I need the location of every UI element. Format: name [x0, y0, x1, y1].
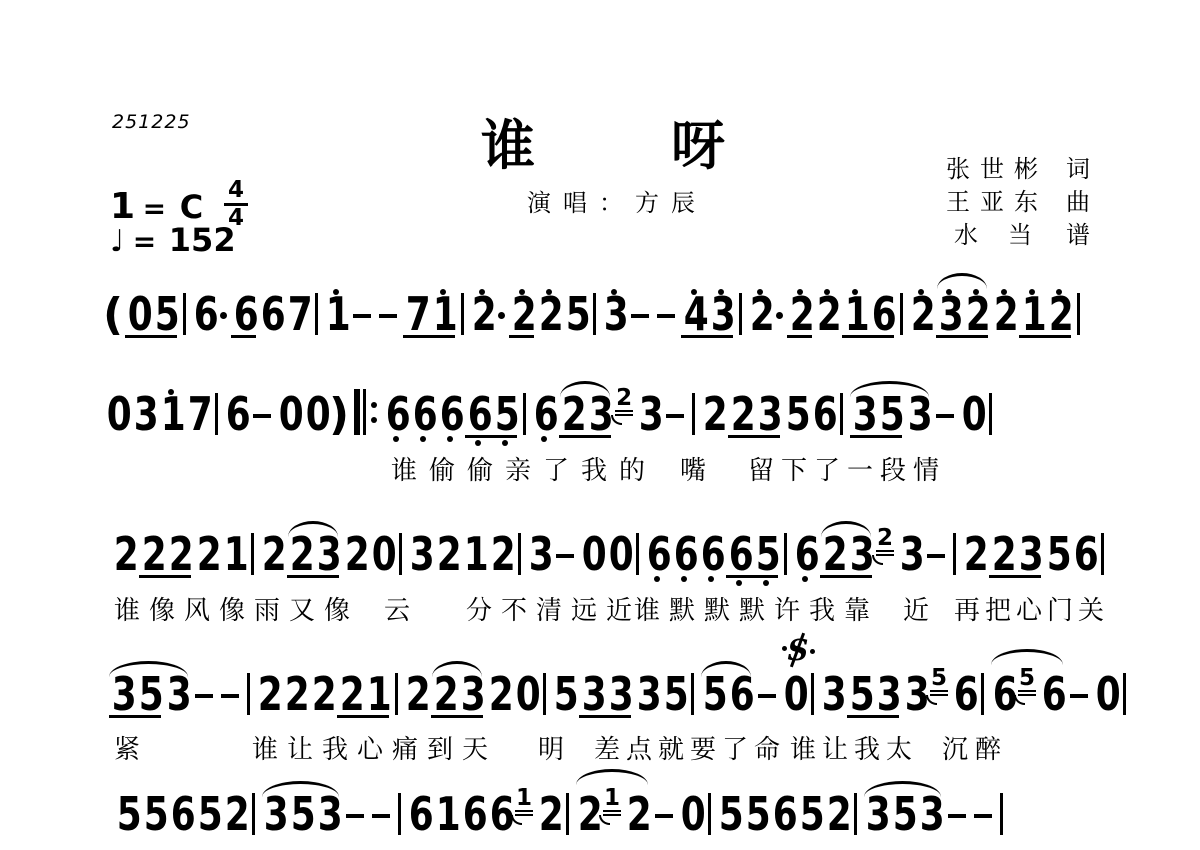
- note-digit: 3: [711, 296, 731, 332]
- barline: [461, 293, 464, 335]
- transcriber-role: 谱: [1066, 219, 1090, 252]
- credit-lyricist: 张世彬 词: [946, 153, 1090, 186]
- quarter-note-icon: ♩: [110, 224, 124, 259]
- lyrics-segment: 分不清远近: [466, 597, 641, 625]
- grace-note: 1: [515, 789, 533, 816]
- note-digit: 2: [578, 796, 598, 832]
- octave-dot-high: [1056, 289, 1062, 295]
- note: 2: [963, 296, 988, 332]
- note: 3: [407, 536, 432, 572]
- lyrics-segment: 谁偷偷亲了我的: [391, 457, 657, 485]
- slur: [432, 661, 482, 677]
- duration-dash: [657, 314, 675, 318]
- beam-group: 23: [727, 396, 781, 432]
- note-digit: 2: [262, 536, 282, 572]
- barline: [1000, 793, 1003, 835]
- grace-digit: 2: [615, 389, 633, 408]
- note-digit: 5: [144, 796, 164, 832]
- note-digit: 0: [681, 796, 701, 832]
- beam-underline: [465, 435, 517, 438]
- note-digit: 2: [290, 536, 310, 572]
- grace-note: 5: [930, 669, 948, 696]
- lyrics-segment: 谁让我太: [790, 736, 918, 764]
- note-digit: 2: [539, 796, 559, 832]
- note-digit: 5: [850, 676, 870, 712]
- duration-dash: [948, 814, 966, 818]
- note: 2: [434, 536, 459, 572]
- note-digit: 3: [758, 396, 778, 432]
- eighth-underline: [787, 335, 812, 338]
- note: 6: [168, 796, 193, 832]
- note: 3: [708, 296, 733, 332]
- note: 6: [1039, 676, 1064, 712]
- note: 3: [261, 796, 286, 832]
- beam-group: 33: [578, 676, 632, 712]
- beam-group: 12: [1018, 296, 1072, 332]
- note: 3: [636, 396, 661, 432]
- beam-underline: [936, 335, 988, 338]
- barline: [252, 793, 255, 835]
- note-digit: 6: [261, 296, 281, 332]
- note: 3: [905, 396, 930, 432]
- note: 2: [337, 676, 362, 712]
- duration-dash: [372, 814, 390, 818]
- lyrics-segment: 谁像风像雨又像: [114, 597, 359, 625]
- beam-group: 22: [138, 536, 192, 572]
- beam-group: 53: [846, 676, 900, 712]
- augmentation-dot: [220, 312, 227, 319]
- barline: [708, 793, 711, 835]
- note: 2: [431, 676, 456, 712]
- duration-dash: [346, 814, 364, 818]
- note-digit: 3: [939, 296, 959, 332]
- barline: [315, 293, 318, 335]
- music-line: 3532222122320533355603533566560: [106, 676, 1130, 712]
- note: 5: [141, 796, 166, 832]
- beam-group: 23: [819, 536, 873, 572]
- note-digit: 2: [434, 676, 454, 712]
- octave-dot-high: [757, 289, 763, 295]
- note: 1: [842, 296, 867, 332]
- note: 7: [185, 396, 210, 432]
- barline: [900, 293, 903, 335]
- note-digit: 2: [703, 396, 723, 432]
- beam-underline: [139, 575, 191, 578]
- lyrics-segment: 谁默默默许我靠: [634, 597, 879, 625]
- note: 2: [287, 536, 312, 572]
- beam-group: 65: [725, 536, 779, 572]
- note-digit: 2: [966, 296, 986, 332]
- note-digit: 6: [701, 536, 721, 572]
- note: 2: [166, 536, 191, 572]
- note-digit: 2: [994, 296, 1014, 332]
- note-digit: 3: [637, 676, 657, 712]
- lyricist-role: 词: [1066, 153, 1090, 186]
- note-digit: 3: [589, 396, 609, 432]
- lyrics-segment: 沉醉: [942, 736, 1008, 764]
- tempo-equals: =: [133, 225, 156, 258]
- note: 6: [951, 676, 976, 712]
- note: 5: [877, 396, 902, 432]
- octave-dot-high: [611, 289, 617, 295]
- note: 2: [403, 676, 428, 712]
- beam-underline: [125, 335, 177, 338]
- duration-dash: [253, 414, 271, 418]
- beam-underline: [431, 715, 483, 718]
- note-digit: 6: [773, 796, 793, 832]
- note: 2: [282, 676, 307, 712]
- beam-group: 16: [841, 296, 895, 332]
- music-line: 22221223203212300666656232322356: [110, 536, 1108, 572]
- note: 0: [513, 676, 538, 712]
- slur-group: 56: [699, 676, 753, 712]
- note-digit: 5: [664, 676, 684, 712]
- repeat-thin-bar: [363, 389, 366, 435]
- octave-dot-low: [447, 436, 453, 442]
- beam-group: 35: [108, 676, 162, 712]
- note: 2: [824, 796, 849, 832]
- beam-underline: [559, 435, 611, 438]
- note: 2: [961, 536, 986, 572]
- octave-dot-low: [502, 440, 508, 446]
- octave-dot-low: [393, 436, 399, 442]
- beam-underline: [681, 335, 733, 338]
- octave-dot-low: [420, 436, 426, 442]
- beam-group: 23: [430, 676, 484, 712]
- octave-dot-low: [541, 436, 547, 442]
- note: 5: [783, 396, 808, 432]
- note-digit: 5: [495, 396, 515, 432]
- note: 5: [743, 796, 768, 832]
- note-digit: 2: [823, 536, 843, 572]
- duration-dash: [927, 554, 945, 558]
- note-digit: 6: [234, 296, 254, 332]
- note: 3: [1016, 536, 1041, 572]
- note-digit: 3: [461, 676, 481, 712]
- tempo-bpm: 152: [169, 221, 236, 259]
- note-digit: 0: [609, 536, 629, 572]
- note: 1: [323, 296, 348, 332]
- note: 2: [509, 296, 534, 332]
- note-digit: 6: [795, 536, 815, 572]
- note-digit: 0: [784, 676, 804, 712]
- note-digit: 3: [920, 796, 940, 832]
- note-digit: 2: [491, 536, 511, 572]
- augmentation-dot: [498, 312, 505, 319]
- note-digit: 1: [224, 536, 244, 572]
- note-digit: 6: [1042, 676, 1062, 712]
- barline: [953, 533, 956, 575]
- note: 6: [990, 676, 1015, 712]
- barline: [251, 533, 254, 575]
- note: 5: [890, 796, 915, 832]
- slur-group: 353: [107, 676, 190, 712]
- barline: [739, 293, 742, 335]
- barline: [784, 533, 787, 575]
- segno-dot-right: [810, 649, 815, 654]
- duration-dash: [353, 314, 371, 318]
- barline: [566, 793, 569, 835]
- grace-digit: 5: [930, 669, 948, 688]
- performer-line: 演唱：方辰: [527, 190, 707, 216]
- note-digit: 5: [786, 396, 806, 432]
- composer-name: 王亚东: [946, 186, 1048, 219]
- beam-group: 65: [464, 396, 518, 432]
- note-digit: 5: [566, 296, 586, 332]
- note-digit: 5: [291, 796, 311, 832]
- note: 1: [364, 676, 389, 712]
- note-digit: 3: [908, 396, 928, 432]
- note-digit: 6: [171, 796, 191, 832]
- note: 0: [104, 396, 129, 432]
- note-digit: 5: [155, 296, 175, 332]
- song-title-char-2: 呀: [671, 118, 725, 174]
- eighth-underline: [231, 335, 256, 338]
- note-digit: 0: [1096, 676, 1116, 712]
- note: 5: [195, 796, 220, 832]
- beam-underline: [337, 715, 389, 718]
- duration-dash: [936, 414, 954, 418]
- note: 6: [460, 796, 485, 832]
- octave-dot-high: [973, 289, 979, 295]
- note: 5: [797, 796, 822, 832]
- note: 6: [223, 396, 248, 432]
- note: 0: [781, 676, 806, 712]
- note-digit: 2: [142, 536, 162, 572]
- note: 0: [369, 536, 394, 572]
- note: 0: [303, 396, 328, 432]
- note-digit: 5: [880, 396, 900, 432]
- slur: [262, 781, 339, 797]
- note: 3: [936, 296, 961, 332]
- octave-dot-high: [1001, 289, 1007, 295]
- note-digit: 5: [139, 676, 159, 712]
- note-digit: 3: [410, 536, 430, 572]
- note-digit: 5: [703, 676, 723, 712]
- note: 5: [700, 676, 725, 712]
- duration-dash: [195, 694, 213, 698]
- beam-group: 23: [558, 396, 612, 432]
- note: 6: [671, 536, 696, 572]
- note-digit: 1: [326, 296, 346, 332]
- note-digit: 2: [114, 536, 134, 572]
- note: 5: [288, 796, 313, 832]
- note: 7: [403, 296, 428, 332]
- barline: [399, 533, 402, 575]
- note-digit: 1: [436, 796, 456, 832]
- note-digit: 0: [306, 396, 326, 432]
- note-digit: 6: [534, 396, 554, 432]
- note-digit: 3: [639, 396, 659, 432]
- note: 2: [700, 396, 725, 432]
- note: 2: [469, 296, 494, 332]
- note-digit: 2: [437, 536, 457, 572]
- note-digit: 0: [516, 676, 536, 712]
- note-digit: 5: [554, 676, 574, 712]
- note-digit: 7: [288, 296, 308, 332]
- note-digit: 1: [161, 396, 181, 432]
- duration-dash: [631, 314, 649, 318]
- duration-dash: [1070, 694, 1088, 698]
- note: 2: [814, 296, 839, 332]
- octave-dot-low: [475, 440, 481, 446]
- note: 0: [1093, 676, 1118, 712]
- note-digit: 0: [128, 296, 148, 332]
- barline: [1123, 673, 1126, 715]
- note-digit: 2: [489, 676, 509, 712]
- slur: [576, 769, 648, 785]
- note: 6: [1071, 536, 1096, 572]
- note: 2: [259, 536, 284, 572]
- note: 5: [1044, 536, 1069, 572]
- grace-digit: 5: [1018, 669, 1036, 688]
- octave-dot-low: [763, 580, 769, 586]
- note: 3: [847, 536, 872, 572]
- note: 2: [309, 676, 334, 712]
- note: 5: [114, 796, 139, 832]
- beam-underline: [109, 715, 161, 718]
- note-digit: 7: [188, 396, 208, 432]
- slur-group: 656: [989, 676, 1065, 712]
- note: 3: [586, 396, 611, 432]
- barline: [398, 793, 401, 835]
- note: 5: [152, 296, 177, 332]
- note: 3: [458, 676, 483, 712]
- music-line: 0317600)6666562323223563530: [103, 396, 996, 432]
- lyrics-segment: 再把心门关: [954, 597, 1109, 625]
- note: 2: [222, 796, 247, 832]
- note-digit: 3: [905, 676, 925, 712]
- octave-dot-low: [681, 576, 687, 582]
- note: 2: [991, 296, 1016, 332]
- slur-group: 353: [260, 796, 341, 832]
- grace-digit: 1: [515, 789, 533, 808]
- barline: [543, 673, 546, 715]
- barline: [1101, 533, 1104, 575]
- note: 6: [726, 536, 751, 572]
- repeat-start-sign: [354, 389, 377, 435]
- note: 6: [258, 296, 283, 332]
- note: 2: [820, 536, 845, 572]
- barline: [523, 393, 526, 435]
- note: 6: [465, 396, 490, 432]
- slur: [991, 649, 1063, 665]
- octave-dot-high: [718, 289, 724, 295]
- note-digit: 1: [367, 676, 387, 712]
- lyrics-segment: 嘴: [680, 457, 706, 485]
- note: 2: [194, 536, 219, 572]
- note-digit: 2: [225, 796, 245, 832]
- beam-group: 21: [336, 676, 390, 712]
- slur: [937, 273, 987, 289]
- note: 1: [433, 796, 458, 832]
- note-digit: 6: [1074, 536, 1094, 572]
- beam-group: 23: [988, 536, 1042, 572]
- octave-dot-low: [736, 580, 742, 586]
- barline: [1077, 293, 1080, 335]
- note-digit: 3: [529, 536, 549, 572]
- note: 3: [755, 396, 780, 432]
- repeat-dots: [371, 402, 377, 423]
- beam-underline: [726, 575, 778, 578]
- note: 0: [678, 796, 703, 832]
- note: 0: [579, 536, 604, 572]
- serial-number: 251225: [112, 112, 191, 132]
- note-digit: 3: [900, 536, 920, 572]
- jianpu-sheet: 251225 谁 呀 演唱：方辰 张世彬 词 王亚东 曲 水当 谱 1 = C …: [0, 0, 1200, 850]
- note: 1: [461, 536, 486, 572]
- note-digit: 2: [258, 676, 278, 712]
- note-digit: 6: [647, 536, 667, 572]
- note-digit: 1: [1022, 296, 1042, 332]
- note-digit: 3: [877, 676, 897, 712]
- octave-dot-high: [333, 289, 339, 295]
- note: 3: [606, 676, 631, 712]
- note-digit: 3: [850, 536, 870, 572]
- note: 2: [624, 796, 649, 832]
- barline: [981, 673, 984, 715]
- slur: [288, 521, 338, 537]
- note-digit: 3: [112, 676, 132, 712]
- note-digit: 2: [197, 536, 217, 572]
- note: 2: [139, 536, 164, 572]
- note-digit: 2: [562, 396, 582, 432]
- note: 6: [644, 536, 669, 572]
- note-digit: 2: [285, 676, 305, 712]
- note-digit: 2: [731, 396, 751, 432]
- beam-group: 35: [849, 396, 903, 432]
- note: 5: [716, 796, 741, 832]
- note: 3: [131, 396, 156, 432]
- grace-note: 2: [615, 389, 633, 416]
- note-digit: 0: [107, 396, 127, 432]
- note-digit: 3: [134, 396, 154, 432]
- note: 3: [579, 676, 604, 712]
- note: 2: [536, 296, 561, 332]
- octave-dot-high: [918, 289, 924, 295]
- note-digit: 5: [746, 796, 766, 832]
- note-digit: 2: [964, 536, 984, 572]
- octave-dot-low: [708, 576, 714, 582]
- note-digit: 3: [167, 676, 187, 712]
- note: 6: [487, 796, 512, 832]
- note-digit: 6: [413, 396, 433, 432]
- note: 2: [989, 536, 1014, 572]
- slur: [864, 781, 941, 797]
- slur-group: 353: [862, 796, 943, 832]
- note-digit: 1: [845, 296, 865, 332]
- note: 2: [575, 796, 600, 832]
- note: 3: [897, 536, 922, 572]
- note: 5: [847, 676, 872, 712]
- note-digit: 2: [539, 296, 559, 332]
- note: 6: [191, 296, 216, 332]
- beam-underline: [820, 575, 872, 578]
- note-digit: 5: [800, 796, 820, 832]
- beam-group: 43: [680, 296, 734, 332]
- note-digit: 2: [1049, 296, 1069, 332]
- barline: [395, 673, 398, 715]
- note: 6: [869, 296, 894, 332]
- note-digit: 2: [992, 536, 1012, 572]
- octave-dot-high: [852, 289, 858, 295]
- note-digit: 7: [406, 296, 426, 332]
- segno-dot-left: [782, 646, 787, 651]
- note-digit: 5: [117, 796, 137, 832]
- note: 6: [770, 796, 795, 832]
- note: 3: [902, 676, 927, 712]
- credit-transcriber: 水当 谱: [946, 219, 1090, 252]
